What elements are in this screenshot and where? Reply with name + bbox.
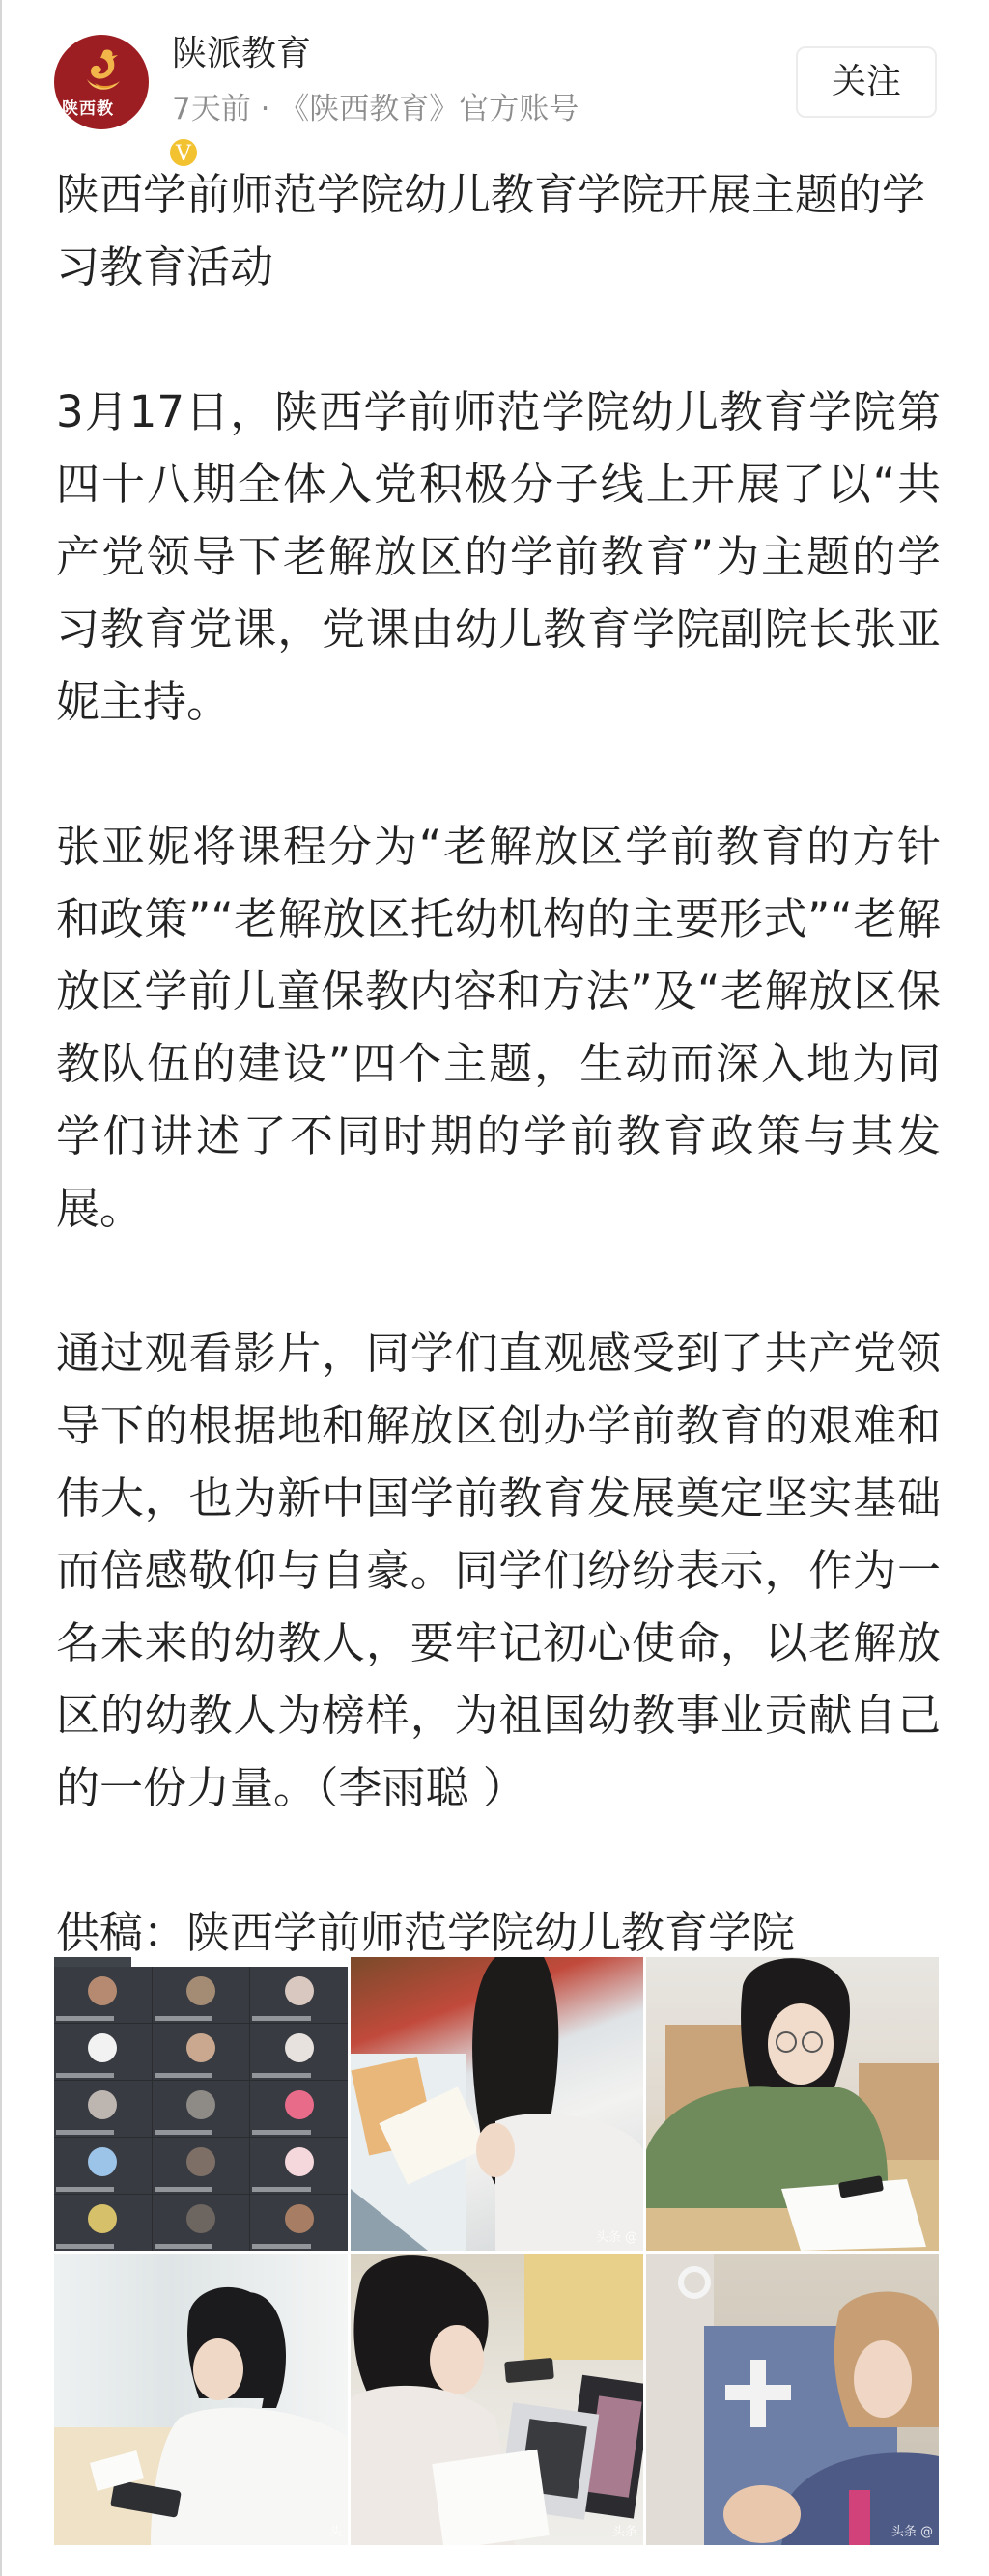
photo-illustration <box>646 2254 939 2545</box>
participant-avatar <box>285 2147 314 2176</box>
photo-illustration <box>351 1957 643 2251</box>
participant-tile <box>54 2024 152 2080</box>
article-title: 陕西学前师范学院幼儿教育学院开展主题的学习教育活动 <box>56 158 941 303</box>
participant-avatar <box>186 2090 215 2119</box>
participant-tile <box>250 2195 348 2251</box>
participant-tile <box>54 2138 152 2194</box>
author-header: 陕西教 V 陕派教育 7天前 · 《陕西教育》官方账号 关注 <box>2 0 989 154</box>
participant-tile <box>153 2195 250 2251</box>
participant-label <box>56 2016 114 2021</box>
participant-avatar <box>285 2090 314 2119</box>
author-name[interactable]: 陕派教育 <box>172 35 311 73</box>
participant-label <box>56 2244 114 2249</box>
participant-tile <box>250 2138 348 2194</box>
participant-tile <box>250 2081 348 2137</box>
photo-online-meeting[interactable] <box>54 1957 348 2251</box>
photo-student-with-laptop[interactable]: 头条 <box>351 2254 643 2545</box>
participant-avatar <box>186 2204 215 2233</box>
participant-tile <box>250 1967 348 2023</box>
participant-tile <box>54 1967 152 2023</box>
participant-tile <box>250 2024 348 2080</box>
participant-avatar <box>285 1976 314 2005</box>
post-meta: 7天前 · 《陕西教育》官方账号 <box>172 93 579 126</box>
photo-student-writing-1[interactable]: 头条 @ <box>351 1957 643 2251</box>
participant-label <box>56 2187 114 2192</box>
participant-label <box>155 2130 212 2135</box>
participant-avatar <box>285 2033 314 2062</box>
photo-student-in-dorm[interactable]: 头条 @ <box>646 2254 939 2545</box>
participant-avatar <box>186 1976 215 2005</box>
participant-avatar <box>285 2204 314 2233</box>
participant-tile <box>153 2024 250 2080</box>
participant-label <box>252 2244 310 2249</box>
photo-illustration <box>54 2254 348 2545</box>
photo-grid: 头条 @ 头 <box>54 1957 939 2545</box>
article-paragraph: 张亚妮将课程分为“老解放区学前教育的方针和政策”“老解放区托幼机构的主要形式”“… <box>56 810 941 1245</box>
photo-watermark: 头条 <box>612 2521 637 2539</box>
avatar-text: 陕西教 <box>62 95 114 119</box>
participant-avatar <box>88 2033 117 2062</box>
author-avatar[interactable]: 陕西教 V <box>54 35 149 129</box>
follow-button[interactable]: 关注 <box>796 46 937 118</box>
photo-student-writing-3[interactable]: 头 <box>54 2254 348 2545</box>
participant-tile <box>54 2195 152 2251</box>
participant-tile <box>153 1967 250 2023</box>
participant-label <box>252 2130 310 2135</box>
participant-label <box>155 2187 212 2192</box>
article-body: 陕西学前师范学院幼儿教育学院开展主题的学习教育活动 3月17日，陕西学前师范学院… <box>56 158 941 1969</box>
participant-tile <box>54 2081 152 2137</box>
photo-illustration <box>646 1957 939 2251</box>
meeting-tab <box>54 1957 131 1967</box>
participant-avatar <box>88 2090 117 2119</box>
participant-grid <box>54 1967 348 2251</box>
participant-label <box>155 2016 212 2021</box>
participant-label <box>56 2130 114 2135</box>
participant-label <box>252 2187 310 2192</box>
photo-watermark: 头 <box>329 2521 342 2539</box>
participant-label <box>252 2016 310 2021</box>
participant-label <box>56 2073 114 2078</box>
photo-watermark: 头条 @ <box>891 2521 933 2539</box>
participant-avatar <box>186 2147 215 2176</box>
participant-label <box>252 2073 310 2078</box>
participant-avatar <box>88 2147 117 2176</box>
participant-avatar <box>88 1976 117 2005</box>
article-paragraph: 3月17日，陕西学前师范学院幼儿教育学院第四十八期全体入党积极分子线上开展了以“… <box>56 376 941 738</box>
participant-tile <box>153 2081 250 2137</box>
phoenix-logo-icon <box>81 46 124 97</box>
participant-label <box>155 2073 212 2078</box>
photo-watermark: 头条 @ <box>596 2226 637 2245</box>
participant-avatar <box>88 2204 117 2233</box>
photo-student-writing-2[interactable] <box>646 1957 939 2251</box>
participant-label <box>155 2244 212 2249</box>
article-paragraph: 通过观看影片，同学们直观感受到了共产党领导下的根据地和解放区创办学前教育的艰难和… <box>56 1317 941 1824</box>
photo-illustration <box>351 2254 643 2545</box>
participant-tile <box>153 2138 250 2194</box>
participant-avatar <box>186 2033 215 2062</box>
